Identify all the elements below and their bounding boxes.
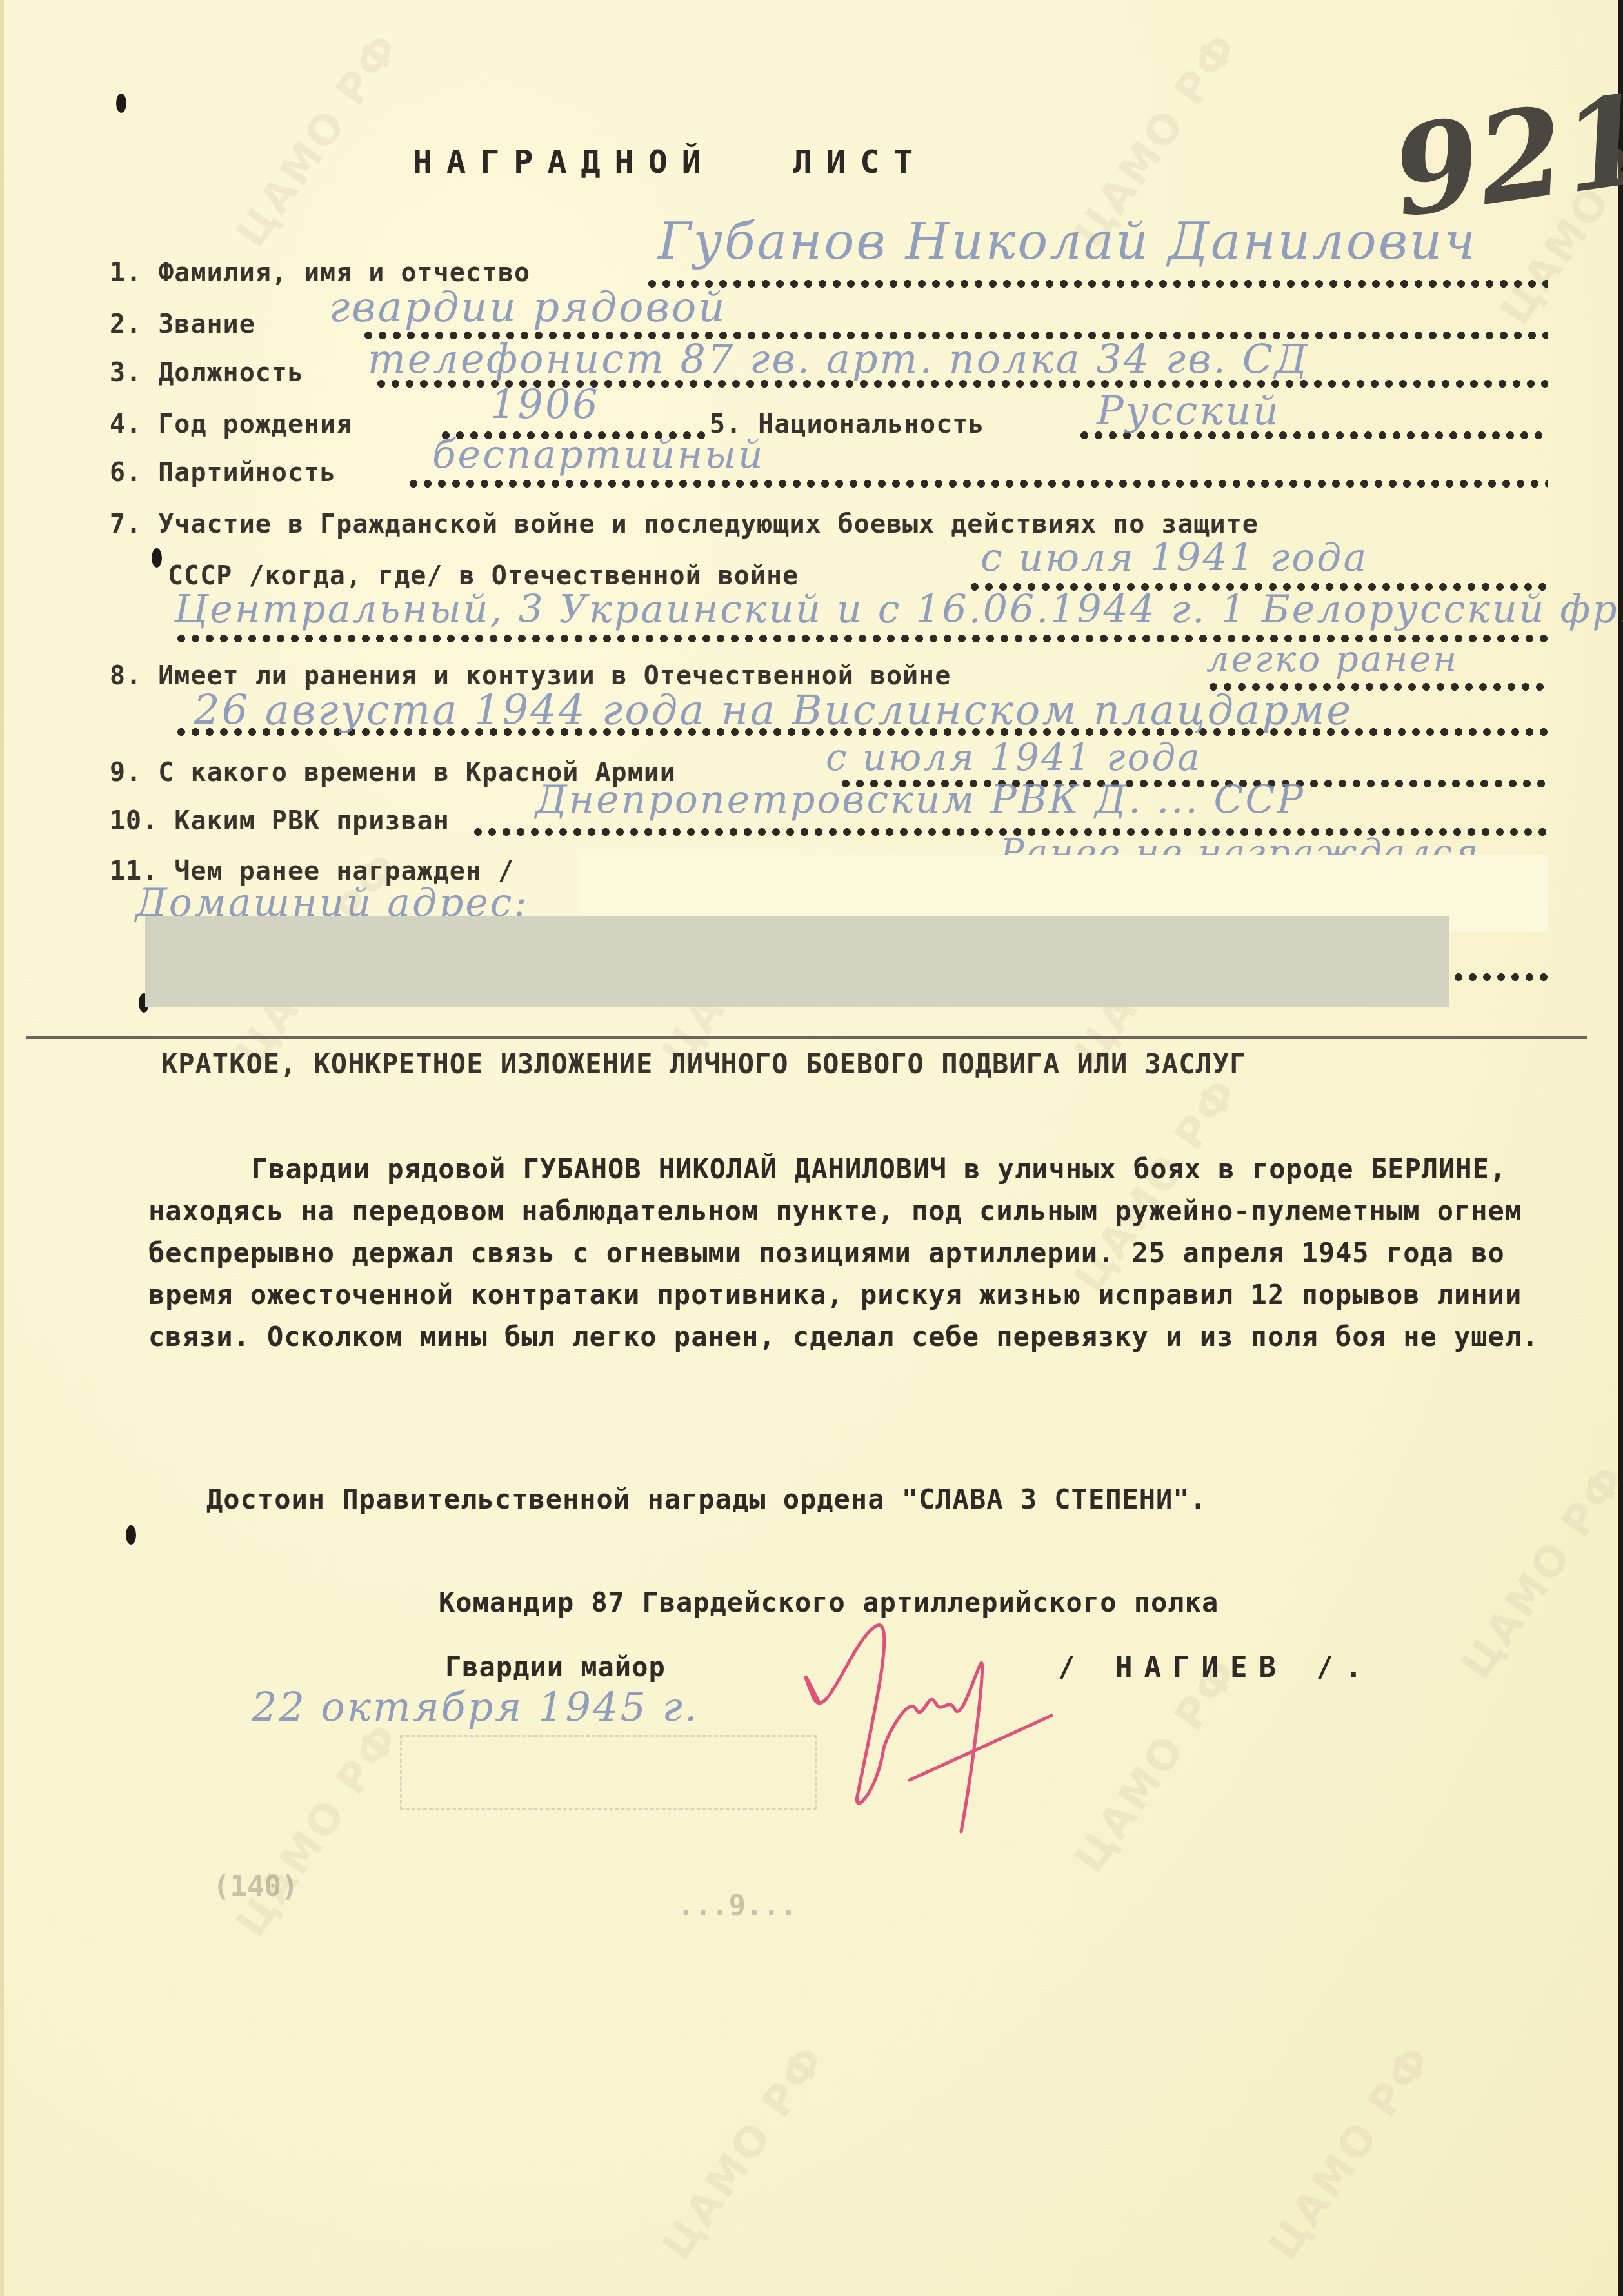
punch-hole [116, 94, 126, 113]
handwritten-wound-details: 26 августа 1944 года на Вислинском плацд… [194, 687, 1353, 735]
handwritten-nationality: Русский [1097, 387, 1280, 434]
page-right-edge [1618, 0, 1623, 2296]
stamp-text: (140) [213, 1870, 298, 1903]
watermark: ЦАМО РФ [227, 1714, 410, 1946]
punch-hole [152, 548, 162, 568]
handwritten-army-since: с июля 1941 года [826, 735, 1202, 779]
handwritten-party: беспартийный [432, 432, 765, 477]
field-label: Звание [158, 310, 255, 339]
handwritten-draft-office: Днепропетровским РВК Д. ... ССР [535, 777, 1305, 822]
field-birth-year: 4. Год рождения 5. Национальность [110, 410, 1548, 448]
handwritten-fronts: Центральный, 3 Украинский и с 16.06.1944… [174, 587, 1623, 632]
title-left: НАГРАДНОЙ [413, 143, 715, 181]
redaction-block [145, 916, 1449, 1007]
dotted-line [1451, 971, 1548, 984]
section-divider [26, 1036, 1587, 1039]
handwritten-wound-status: легко ранен [1206, 638, 1459, 680]
handwritten-birth-year: 1906 [490, 381, 600, 428]
title-right: ЛИСТ [793, 143, 927, 181]
watermark: ЦАМО РФ [227, 24, 410, 256]
feat-description: Гвардии рядовой ГУБАНОВ НИКОЛАЙ ДАНИЛОВИ… [148, 1148, 1568, 1358]
handwritten-rank: гвардии рядовой [329, 284, 727, 332]
page-left-edge [0, 0, 4, 2296]
section-title: КРАТКОЕ, КОНКРЕТНОЕ ИЗЛОЖЕНИЕ ЛИЧНОГО БО… [161, 1048, 1246, 1080]
award-recommendation: Достоин Правительственной награды ордена… [206, 1483, 1207, 1515]
watermark: ЦАМО РФ [1453, 1456, 1623, 1688]
handwritten-full-name: Губанов Николай Данилович [658, 213, 1477, 271]
field-party: 6. Партийность [110, 458, 1548, 497]
feat-paragraph: Гвардии рядовой ГУБАНОВ НИКОЛАЙ ДАНИЛОВИ… [148, 1148, 1568, 1358]
watermark: ЦАМО РФ [653, 2036, 835, 2268]
field-label: Национальность [758, 410, 984, 439]
watermark: ЦАМО РФ [1259, 2036, 1442, 2268]
signatory-rank: Гвардии майор [445, 1651, 666, 1683]
field-label: Каким РВК призван [174, 806, 449, 836]
field-label: Партийность [158, 458, 336, 488]
stamp-text: ...9... [677, 1890, 797, 1923]
punch-hole [126, 1525, 136, 1545]
document-title: НАГРАДНОЙЛИСТ [413, 143, 927, 181]
handwritten-war-since: с июля 1941 года [981, 535, 1368, 580]
signature-scribble-icon [781, 1599, 1103, 1857]
field-label: Должность [158, 358, 304, 388]
signatory-name: / НАГИЕВ /. [1058, 1651, 1373, 1684]
award-sheet-page: ЦАМО РФ ЦАМО РФ ЦАМО РФ ЦАМО РФ ЦАМО РФ … [0, 0, 1623, 2296]
handwritten-position: телефонист 87 гв. арт. полка 34 гв. СД [368, 335, 1309, 382]
dotted-line [406, 477, 1548, 490]
handwritten-date: 22 октября 1945 г. [252, 1683, 699, 1730]
dotted-line [645, 277, 1548, 290]
faded-stamp [400, 1735, 817, 1810]
field-label: Год рождения [158, 410, 352, 439]
